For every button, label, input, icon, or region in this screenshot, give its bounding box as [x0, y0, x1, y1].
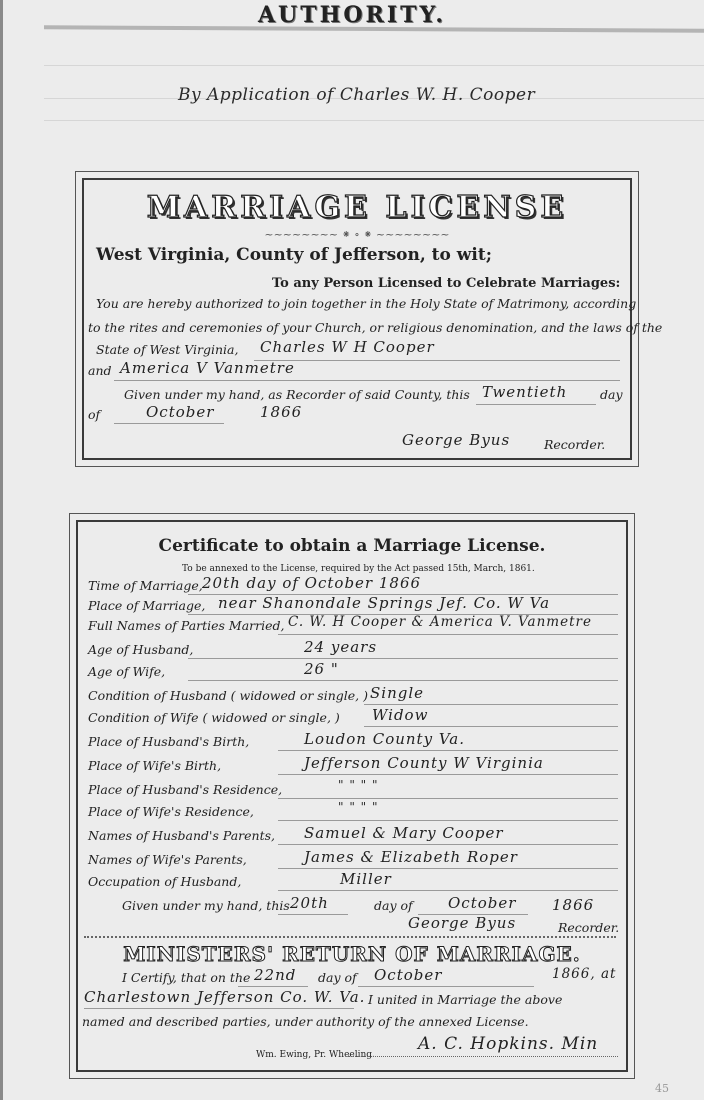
given-month: October: [146, 403, 214, 421]
certify-prefix: I Certify, that on the: [122, 970, 250, 985]
field-value-time-of-marriage: 20th day of October 1866: [202, 574, 421, 592]
field-label: Age of Wife,: [88, 664, 165, 679]
application-line: By Application of Charles W. H. Cooper: [178, 85, 535, 105]
cert-given-day: 20th: [290, 894, 329, 912]
field-value-husband-residence: " " " ": [338, 778, 379, 792]
field-value-place-of-marriage: near Shanondale Springs Jef. Co. W Va: [218, 594, 550, 612]
license-title: MARRIAGE LICENSE: [84, 190, 630, 225]
underline: [278, 774, 618, 775]
margin-note: 45: [655, 1082, 669, 1095]
recorder-signature: George Byus: [402, 431, 510, 449]
field-value-condition-wife: Widow: [372, 706, 428, 724]
underline: [84, 1008, 354, 1009]
field-label: Age of Husband,: [88, 642, 193, 657]
given-year: 1866: [260, 403, 302, 421]
ministers-return-title: MINISTERS' RETURN OF MARRIAGE.: [78, 942, 626, 966]
register-page: AUTHORITY. By Application of Charles W. …: [0, 0, 704, 1100]
day-of-label: day of: [374, 898, 413, 913]
flourish-ornament: ~~~~~~~~ ⁕ ∘ ⁕ ~~~~~~~~: [84, 228, 630, 241]
return-month: October: [374, 966, 442, 984]
of-label: of: [88, 407, 100, 422]
field-value-occupation: Miller: [340, 870, 392, 888]
return-day: 22nd: [254, 966, 296, 984]
certificate-title: Certificate to obtain a Marriage License…: [78, 536, 626, 556]
field-label: Names of Husband's Parents,: [88, 828, 275, 843]
cert-given-month: October: [448, 894, 516, 912]
field-label: Condition of Wife ( widowed or single, ): [88, 710, 340, 725]
return-line-3: named and described parties, under autho…: [82, 1014, 529, 1029]
underline: [188, 680, 618, 681]
day-label: day: [600, 387, 623, 402]
field-value-husband-parents: Samuel & Mary Cooper: [304, 824, 504, 842]
license-body-line-1: You are hereby authorized to join togeth…: [96, 296, 636, 311]
field-value-husband-birth: Loudon County Va.: [304, 730, 465, 748]
underline: [476, 404, 596, 405]
cert-given-year: 1866: [552, 896, 594, 914]
bride-name: America V Vanmetre: [120, 359, 295, 377]
united-text: I united in Marriage the above: [368, 992, 562, 1007]
underline: [278, 750, 618, 751]
underline: [278, 868, 618, 869]
field-value-age-of-husband: 24 years: [304, 638, 377, 656]
underline: [278, 914, 348, 915]
field-value-wife-parents: James & Elizabeth Roper: [304, 848, 518, 866]
field-value-full-names: C. W. H Cooper & America V. Vanmetre: [288, 614, 592, 630]
given-day: Twentieth: [482, 383, 567, 401]
underline: [358, 986, 534, 987]
field-label: Condition of Husband ( widowed or single…: [88, 688, 368, 703]
salutation: To any Person Licensed to Celebrate Marr…: [272, 276, 620, 291]
authority-heading: AUTHORITY.: [0, 2, 704, 28]
underline: [278, 890, 618, 891]
underline: [114, 380, 620, 381]
field-value-condition-husband: Single: [370, 684, 424, 702]
field-value-wife-residence: " " " ": [338, 800, 379, 814]
cert-recorder-title: Recorder.: [558, 920, 619, 935]
return-year: 1866, at: [552, 966, 616, 982]
license-body-line-2: to the rites and ceremonies of your Chur…: [88, 320, 662, 335]
field-label: Place of Husband's Birth,: [88, 734, 249, 749]
field-value-age-of-wife: 26 ": [304, 660, 339, 678]
underline: [278, 844, 618, 845]
underline: [364, 726, 618, 727]
ruled-line: [44, 120, 704, 121]
and-label: and: [88, 363, 112, 378]
groom-name: Charles W H Cooper: [260, 338, 435, 356]
day-of-label: day of: [318, 970, 357, 985]
section-divider: [84, 936, 616, 940]
given-under-hand: Given under my hand, as Recorder of said…: [124, 387, 470, 402]
field-value-wife-birth: Jefferson County W Virginia: [304, 754, 544, 772]
recorder-title: Recorder.: [544, 437, 605, 452]
application-prefix: By Application of: [178, 85, 334, 105]
ruled-line: [44, 65, 704, 66]
certificate-subtitle: To be annexed to the License, required b…: [182, 564, 535, 574]
page-binding-edge: [0, 0, 3, 1100]
underline: [278, 634, 618, 635]
field-label: Place of Wife's Residence,: [88, 804, 254, 819]
underline: [114, 423, 224, 424]
field-label: Time of Marriage,: [88, 578, 203, 593]
field-label: Place of Wife's Birth,: [88, 758, 221, 773]
printer-credit: Wm. Ewing, Pr. Wheeling.: [256, 1050, 375, 1060]
marriage-license-panel: MARRIAGE LICENSE ~~~~~~~~ ⁕ ∘ ⁕ ~~~~~~~~…: [82, 178, 632, 460]
underline: [278, 820, 618, 821]
signature-line: [348, 1056, 618, 1058]
license-body-line-3: State of West Virginia,: [96, 342, 238, 357]
underline: [364, 704, 618, 705]
cert-recorder-signature: George Byus: [408, 914, 516, 932]
field-label: Place of Marriage,: [88, 598, 205, 613]
field-label: Full Names of Parties Married,: [88, 618, 285, 633]
underline: [188, 658, 618, 659]
underline: [278, 798, 618, 799]
jurisdiction: West Virginia, County of Jefferson, to w…: [96, 245, 492, 265]
given-under-hand: Given under my hand, this: [122, 898, 290, 913]
field-label: Place of Husband's Residence,: [88, 782, 282, 797]
field-label: Names of Wife's Parents,: [88, 852, 247, 867]
minister-signature: A. C. Hopkins. Min: [418, 1034, 598, 1054]
underline: [238, 986, 308, 987]
return-place: Charlestown Jefferson Co. W. Va.: [84, 988, 365, 1006]
certificate-panel: Certificate to obtain a Marriage License…: [76, 520, 628, 1072]
applicant-name: Charles W. H. Cooper: [340, 85, 535, 105]
field-label: Occupation of Husband,: [88, 874, 241, 889]
underline: [254, 360, 620, 361]
